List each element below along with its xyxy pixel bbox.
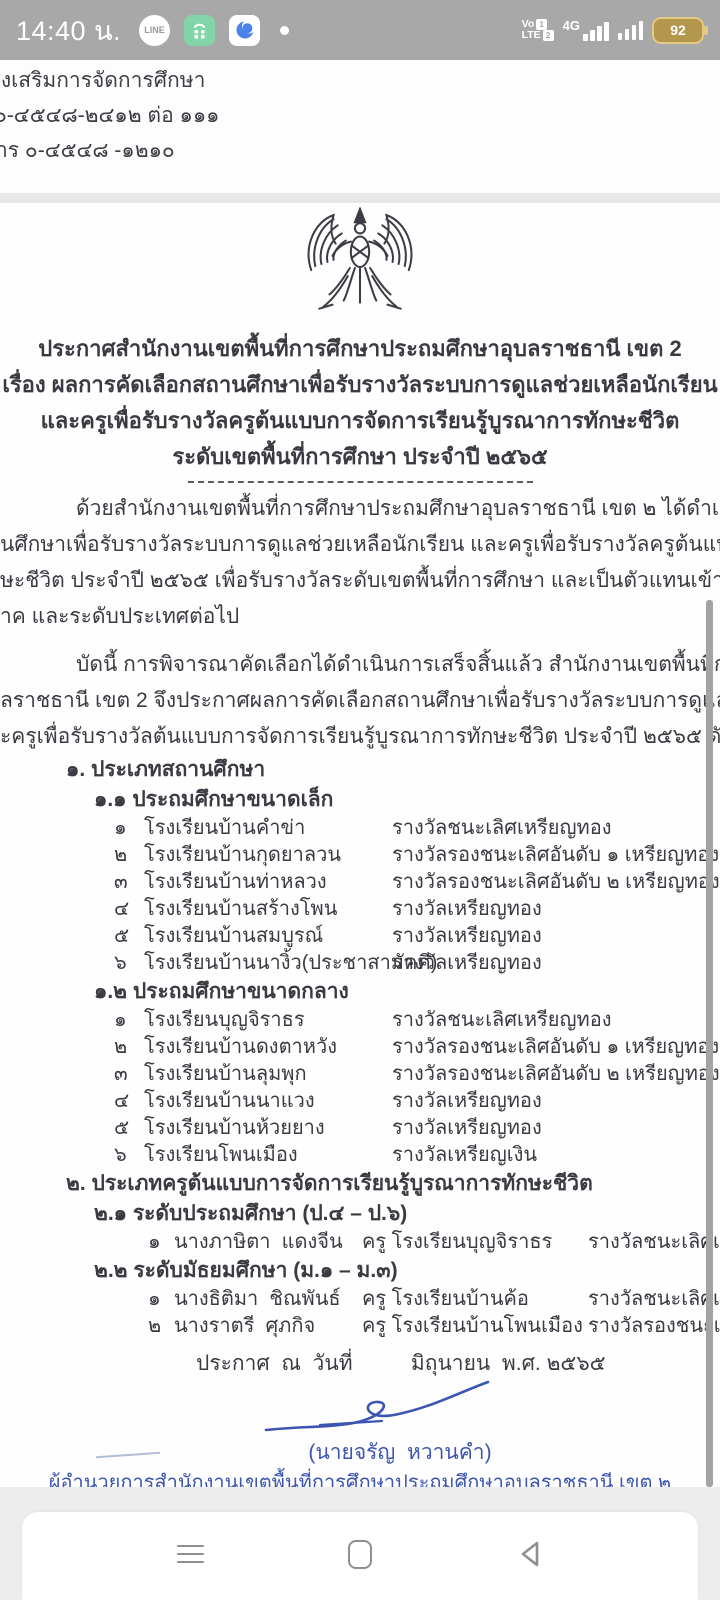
volte-indicator: Vo1 LTE2 [522, 19, 554, 41]
paragraph1-line: ษะชีวิต ประจำปี ๒๕๖๕ เพื่อรับรางวัลระดับ… [0, 563, 720, 599]
section1-2-heading: ๑.๒ ประถมศึกษาขนาดกลาง [0, 977, 720, 1007]
school-row: ๒ โรงเรียนบ้านกุดยาลวน รางวัลรองชนะเลิศอ… [0, 842, 720, 869]
network-type-label: 4G [563, 20, 580, 32]
teacher-row: ๑ นางธิติมา ชิณพันธ์ ครู โรงเรียนบ้านค้อ… [0, 1286, 720, 1313]
signal-bars-icon [583, 22, 609, 41]
signal-sim2 [618, 21, 644, 40]
browser-app-icon [229, 15, 260, 46]
browser-app-glyph [234, 19, 256, 41]
green-app-icon [184, 15, 215, 46]
announcement-date-line: ประกาศ ณ วันที่ มิถุนายน พ.ศ. ๒๕๖๕ [0, 1350, 720, 1378]
line-app-icon: LINE [139, 15, 170, 46]
section2-heading: ๒. ประเภทครูต้นแบบการจัดการเรียนรู้บูรณา… [0, 1169, 720, 1199]
signal-bars-icon [618, 21, 644, 40]
paragraph1-line: าค และระดับประเทศต่อไป [0, 599, 720, 635]
menu-icon [177, 1545, 204, 1564]
doc-title-line1: ประกาศสำนักงานเขตพื้นที่การศึกษาประถมศึก… [0, 331, 720, 367]
school-row: ๓ โรงเรียนบ้านท่าหลวง รางวัลรองชนะเลิศอั… [0, 869, 720, 896]
school-row: ๖ โรงเรียนโพนเมือง รางวัลเหรียญเงิน [0, 1142, 720, 1169]
sim2-badge: 2 [543, 30, 554, 41]
recents-button[interactable] [173, 1537, 207, 1571]
right-wing [374, 215, 411, 270]
school-row: ๔ โรงเรียนบ้านสร้างโพน รางวัลเหรียญทอง [0, 896, 720, 923]
garuda-emblem-icon [0, 203, 720, 331]
letterhead-fax: าร ๐-๔๕๔๘ -๑๒๑๐ [0, 133, 720, 168]
paragraph2-line: ะครูเพื่อรับรางวัลต้นแบบการจัดการเรียนรู… [0, 719, 720, 755]
signature-block: (นายจรัญ หวานคำ) ผู้อำนวยการสำนักงานเขตพ… [0, 1378, 720, 1487]
battery-icon: 92 [652, 17, 704, 44]
signature-stroke [96, 1452, 160, 1458]
bottom-area [0, 1487, 720, 1600]
teacher-row: ๑ นางภาษิตา แดงจีน ครู โรงเรียนบุญจิราธร… [0, 1229, 720, 1256]
school-row: ๕ โรงเรียนบ้านห้วยยาง รางวัลเหรียญทอง [0, 1115, 720, 1142]
android-nav-bar [0, 1537, 720, 1571]
school-row: ๖ โรงเรียนบ้านนางิ้ว(ประชาสามัคคี) รางวั… [0, 950, 720, 977]
home-button[interactable] [343, 1537, 377, 1571]
doc-title-line4: ระดับเขตพื้นที่การศึกษา ประจำปี ๒๕๖๕ [0, 439, 720, 475]
notification-dot-icon [280, 26, 289, 35]
section2-2-heading: ๒.๒ ระดับมัธยมศึกษา (ม.๑ – ม.๓) [0, 1256, 720, 1286]
scrollbar[interactable] [706, 600, 713, 1487]
school-row: ๓ โรงเรียนบ้านลุมพุก รางวัลรองชนะเลิศอัน… [0, 1061, 720, 1088]
status-bar: 14:40 น. LINE Vo1 LTE2 4G [0, 0, 720, 60]
paragraph2-line: ลราชธานี เขต 2 จึงประกาศผลการคัดเลือกสถา… [0, 683, 720, 719]
section2-1-heading: ๒.๑ ระดับประถมศึกษา (ป.๔ – ป.๖) [0, 1199, 720, 1229]
doc-title-line2: เรื่อง ผลการคัดเลือกสถานศึกษาเพื่อรับราง… [0, 367, 720, 403]
school-row: ๒ โรงเรียนบ้านดงตาหวัง รางวัลรองชนะเลิศอ… [0, 1034, 720, 1061]
battery-percent: 92 [670, 22, 686, 38]
back-icon [516, 1539, 544, 1569]
section1-heading: ๑. ประเภทสถานศึกษา [0, 755, 720, 785]
paragraph1-line: ด้วยสำนักงานเขตพื้นที่การศึกษาประถมศึกษา… [0, 491, 720, 527]
signal-sim1: 4G [563, 20, 609, 41]
dashed-separator [188, 481, 533, 483]
paragraph2-line: บัดนี้ การพิจารณาคัดเลือกได้ดำเนินการเสร… [0, 647, 720, 683]
left-wing [309, 215, 346, 270]
teacher-row: ๒ นางราตรี ศุภกิจ ครู โรงเรียนบ้านโพนเมื… [0, 1313, 720, 1340]
signer-name: (นายจรัญ หวานคำ) [250, 1436, 550, 1469]
section1-1-heading: ๑.๑ ประถมศึกษาขนาดเล็ก [0, 785, 720, 815]
signer-title: ผู้อำนวยการสำนักงานเขตพื้นที่การศึกษาประ… [40, 1466, 680, 1487]
doc-title-line3: และครูเพื่อรับรางวัลครูต้นแบบการจัดการเร… [0, 403, 720, 439]
status-indicators: Vo1 LTE2 4G 92 [522, 17, 704, 44]
school-row: ๑ โรงเรียนบุญจิราธร รางวัลชนะเลิศเหรียญท… [0, 1007, 720, 1034]
green-app-glyph [190, 21, 209, 40]
back-button[interactable] [513, 1537, 547, 1571]
clock: 14:40 น. [16, 9, 121, 52]
paragraph1-line: นศึกษาเพื่อรับรางวัลระบบการดูแลช่วยเหลือ… [0, 527, 720, 563]
document-page: ประกาศสำนักงานเขตพื้นที่การศึกษาประถมศึก… [0, 203, 720, 1487]
letterhead-line: ส่งเสริมการจัดการศึกษา [0, 63, 720, 98]
home-icon [348, 1540, 372, 1569]
school-row: ๔ โรงเรียนบ้านนาแวง รางวัลเหรียญทอง [0, 1088, 720, 1115]
school-row: ๕ โรงเรียนบ้านสมบูรณ์ รางวัลเหรียญทอง [0, 923, 720, 950]
document-page-previous: ส่งเสริมการจัดการศึกษา ๐-๔๕๔๘-๒๔๑๒ ต่อ ๑… [0, 60, 720, 193]
page-divider [0, 193, 720, 203]
school-row: ๑ โรงเรียนบ้านคำข่า รางวัลชนะเลิศเหรียญท… [0, 815, 720, 842]
letterhead-phone: ๐-๔๕๔๘-๒๔๑๒ ต่อ ๑๑๑ [0, 98, 720, 133]
notification-icons: LINE [139, 15, 289, 46]
signature-ink-icon [262, 1380, 492, 1440]
